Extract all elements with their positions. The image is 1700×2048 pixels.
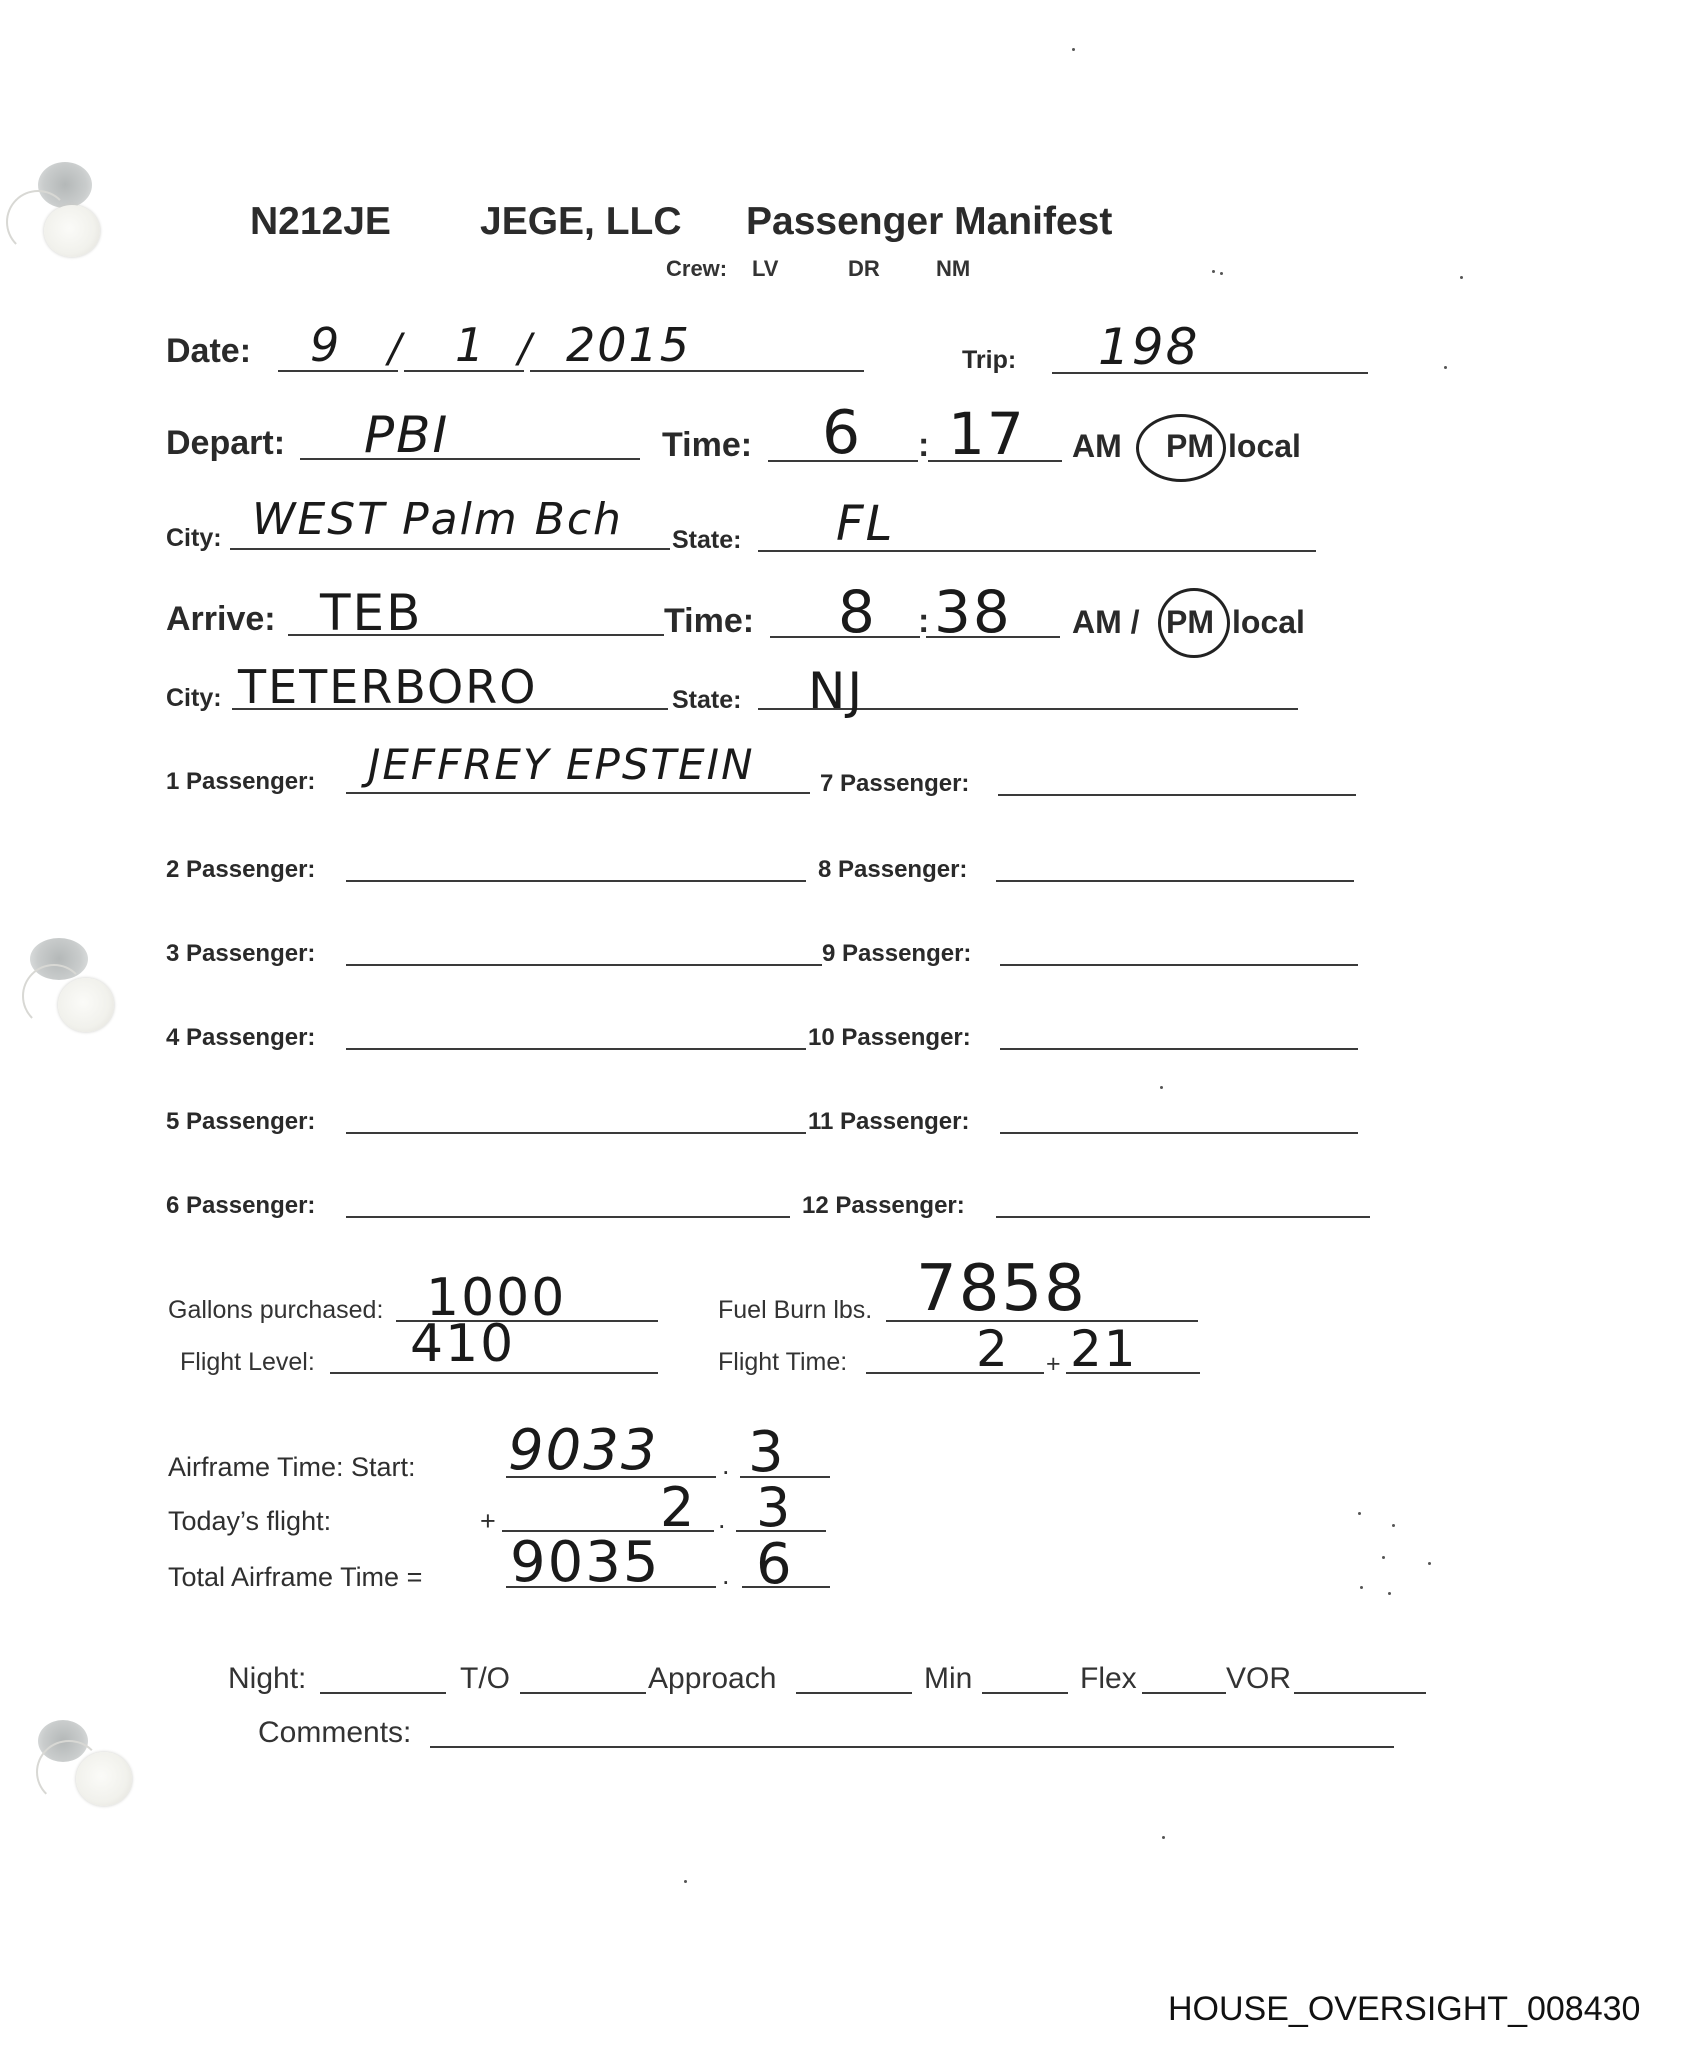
depart-pm-selected-circle — [1136, 414, 1226, 482]
passenger-5-label: 5 Passenger: — [166, 1108, 315, 1136]
gallons-purchased-label: Gallons purchased: — [168, 1296, 383, 1325]
binder-hole-top — [44, 205, 100, 257]
todays-flight-decimal-value: 3 — [756, 1476, 792, 1539]
date-label: Date: — [166, 332, 251, 371]
comments-field[interactable] — [430, 1746, 1394, 1748]
vor-label: VOR — [1226, 1662, 1291, 1696]
date-year-value: 2015 — [566, 318, 691, 372]
company-name: JEGE, LLC — [480, 200, 682, 244]
passenger-10-field[interactable] — [1000, 1048, 1358, 1050]
depart-airport-value: PBI — [364, 406, 449, 464]
scan-speck — [1072, 48, 1075, 51]
passenger-3-field[interactable] — [346, 964, 822, 966]
crew-member-3: NM — [936, 256, 970, 282]
page-title: Passenger Manifest — [746, 200, 1112, 244]
todays-flight-dot: . — [718, 1504, 726, 1535]
fuel-burn-label: Fuel Burn lbs. — [718, 1296, 872, 1325]
passenger-11-label: 11 Passenger: — [808, 1108, 969, 1136]
flex-field[interactable] — [1142, 1692, 1226, 1694]
depart-local-label: local — [1228, 428, 1301, 465]
scan-speck — [1460, 276, 1463, 279]
flight-time-minutes-value: 21 — [1070, 1320, 1138, 1378]
airframe-start-label: Airframe Time: Start: — [168, 1452, 416, 1483]
total-airframe-decimal-value: 6 — [756, 1532, 794, 1597]
flight-level-label: Flight Level: — [180, 1348, 315, 1377]
arrive-label: Arrive: — [166, 600, 276, 639]
todays-flight-label: Today’s flight: — [168, 1506, 331, 1537]
fuel-burn-value: 7858 — [916, 1252, 1087, 1326]
passenger-6-field[interactable] — [346, 1216, 790, 1218]
passenger-12-label: 12 Passenger: — [802, 1192, 965, 1220]
arrive-airport-value: TEB — [320, 584, 422, 642]
passenger-1-value: JEFFREY EPSTEIN — [368, 740, 755, 789]
scan-speck — [684, 1880, 687, 1883]
min-label: Min — [924, 1662, 972, 1696]
scan-speck — [1360, 1586, 1363, 1589]
vor-field[interactable] — [1294, 1692, 1426, 1694]
bates-number: HOUSE_OVERSIGHT_008430 — [1168, 1990, 1640, 2029]
arrive-hour-value: 8 — [838, 578, 877, 646]
airframe-start-whole-value: 9033 — [508, 1418, 659, 1483]
passenger-4-field[interactable] — [346, 1048, 806, 1050]
date-month-value: 9 — [310, 318, 341, 372]
arrive-pm-selected-circle — [1158, 588, 1230, 658]
passenger-6-label: 6 Passenger: — [166, 1192, 315, 1220]
depart-time-label: Time: — [662, 426, 752, 465]
depart-state-value: FL — [836, 496, 894, 552]
crew-label: Crew: — [666, 256, 727, 282]
trip-value: 198 — [1098, 318, 1199, 376]
scan-speck — [1388, 1592, 1391, 1595]
total-airframe-label: Total Airframe Time = — [168, 1562, 422, 1593]
depart-am-option[interactable]: AM — [1072, 428, 1122, 465]
scan-speck — [1428, 1562, 1431, 1565]
passenger-1-field[interactable] — [346, 792, 810, 794]
passenger-5-field[interactable] — [346, 1132, 806, 1134]
total-airframe-whole-value: 9035 — [510, 1530, 661, 1595]
tail-number: N212JE — [250, 200, 391, 244]
night-label: Night: — [228, 1662, 306, 1696]
depart-minute-value: 17 — [948, 400, 1026, 468]
passenger-8-label: 8 Passenger: — [818, 856, 967, 884]
arrive-time-label: Time: — [664, 602, 754, 641]
arrive-state-label: State: — [672, 686, 741, 715]
approach-label: Approach — [648, 1662, 776, 1696]
passenger-4-label: 4 Passenger: — [166, 1024, 315, 1052]
scan-speck — [1392, 1524, 1395, 1527]
depart-city-value: WEST Palm Bch — [252, 494, 623, 545]
flight-time-hours-value: 2 — [976, 1320, 1010, 1378]
binder-hole-middle — [58, 978, 114, 1032]
depart-airport-field[interactable] — [300, 458, 640, 460]
scan-speck — [1162, 1836, 1165, 1839]
arrive-city-value: TETERBORO — [238, 660, 537, 714]
passenger-7-label: 7 Passenger: — [820, 770, 969, 798]
binder-hole-bottom — [76, 1752, 132, 1806]
passenger-8-field[interactable] — [996, 880, 1354, 882]
takeoff-field[interactable] — [520, 1692, 646, 1694]
passenger-3-label: 3 Passenger: — [166, 940, 315, 968]
arrive-minute-value: 38 — [934, 578, 1012, 646]
passenger-7-field[interactable] — [998, 794, 1356, 796]
arrive-city-label: City: — [166, 684, 222, 713]
arrive-local-label: local — [1232, 604, 1305, 641]
flight-time-label: Flight Time: — [718, 1348, 847, 1377]
date-separator-1: / — [388, 326, 403, 372]
scan-speck — [1444, 366, 1447, 369]
date-separator-2: / — [518, 326, 533, 372]
comments-label: Comments: — [258, 1716, 411, 1750]
todays-flight-whole-value: 2 — [660, 1476, 696, 1539]
flex-label: Flex — [1080, 1662, 1137, 1696]
passenger-10-label: 10 Passenger: — [808, 1024, 971, 1052]
flight-time-hours-field[interactable] — [866, 1372, 1044, 1374]
total-airframe-dot: . — [722, 1560, 730, 1591]
depart-city-label: City: — [166, 524, 222, 553]
passenger-2-field[interactable] — [346, 880, 806, 882]
passenger-9-label: 9 Passenger: — [822, 940, 971, 968]
passenger-2-label: 2 Passenger: — [166, 856, 315, 884]
takeoff-label: T/O — [460, 1662, 510, 1696]
scan-speck — [1212, 270, 1215, 273]
passenger-1-label: 1 Passenger: — [166, 768, 315, 796]
depart-state-label: State: — [672, 526, 741, 555]
scan-speck — [1358, 1512, 1361, 1515]
flight-time-plus: + — [1046, 1350, 1061, 1379]
passenger-11-field[interactable] — [1000, 1132, 1358, 1134]
airframe-start-dot: . — [722, 1450, 730, 1481]
passenger-12-field[interactable] — [996, 1216, 1370, 1218]
depart-city-field[interactable] — [230, 548, 670, 550]
depart-hour-value: 6 — [822, 398, 862, 468]
approach-field[interactable] — [796, 1692, 912, 1694]
todays-flight-plus: + — [480, 1506, 496, 1537]
crew-member-1: LV — [752, 256, 778, 282]
flight-level-value: 410 — [410, 1314, 515, 1374]
scan-speck — [1382, 1556, 1385, 1559]
arrive-state-value: NJ — [808, 662, 864, 720]
trip-label: Trip: — [962, 346, 1016, 375]
depart-label: Depart: — [166, 424, 285, 463]
date-day-value: 1 — [455, 318, 486, 372]
crew-member-2: DR — [848, 256, 880, 282]
scan-speck — [1160, 1086, 1163, 1089]
scan-speck — [1220, 272, 1223, 275]
arrive-am-option[interactable]: AM / — [1072, 604, 1140, 641]
min-field[interactable] — [982, 1692, 1068, 1694]
night-field[interactable] — [320, 1692, 446, 1694]
passenger-9-field[interactable] — [1000, 964, 1358, 966]
